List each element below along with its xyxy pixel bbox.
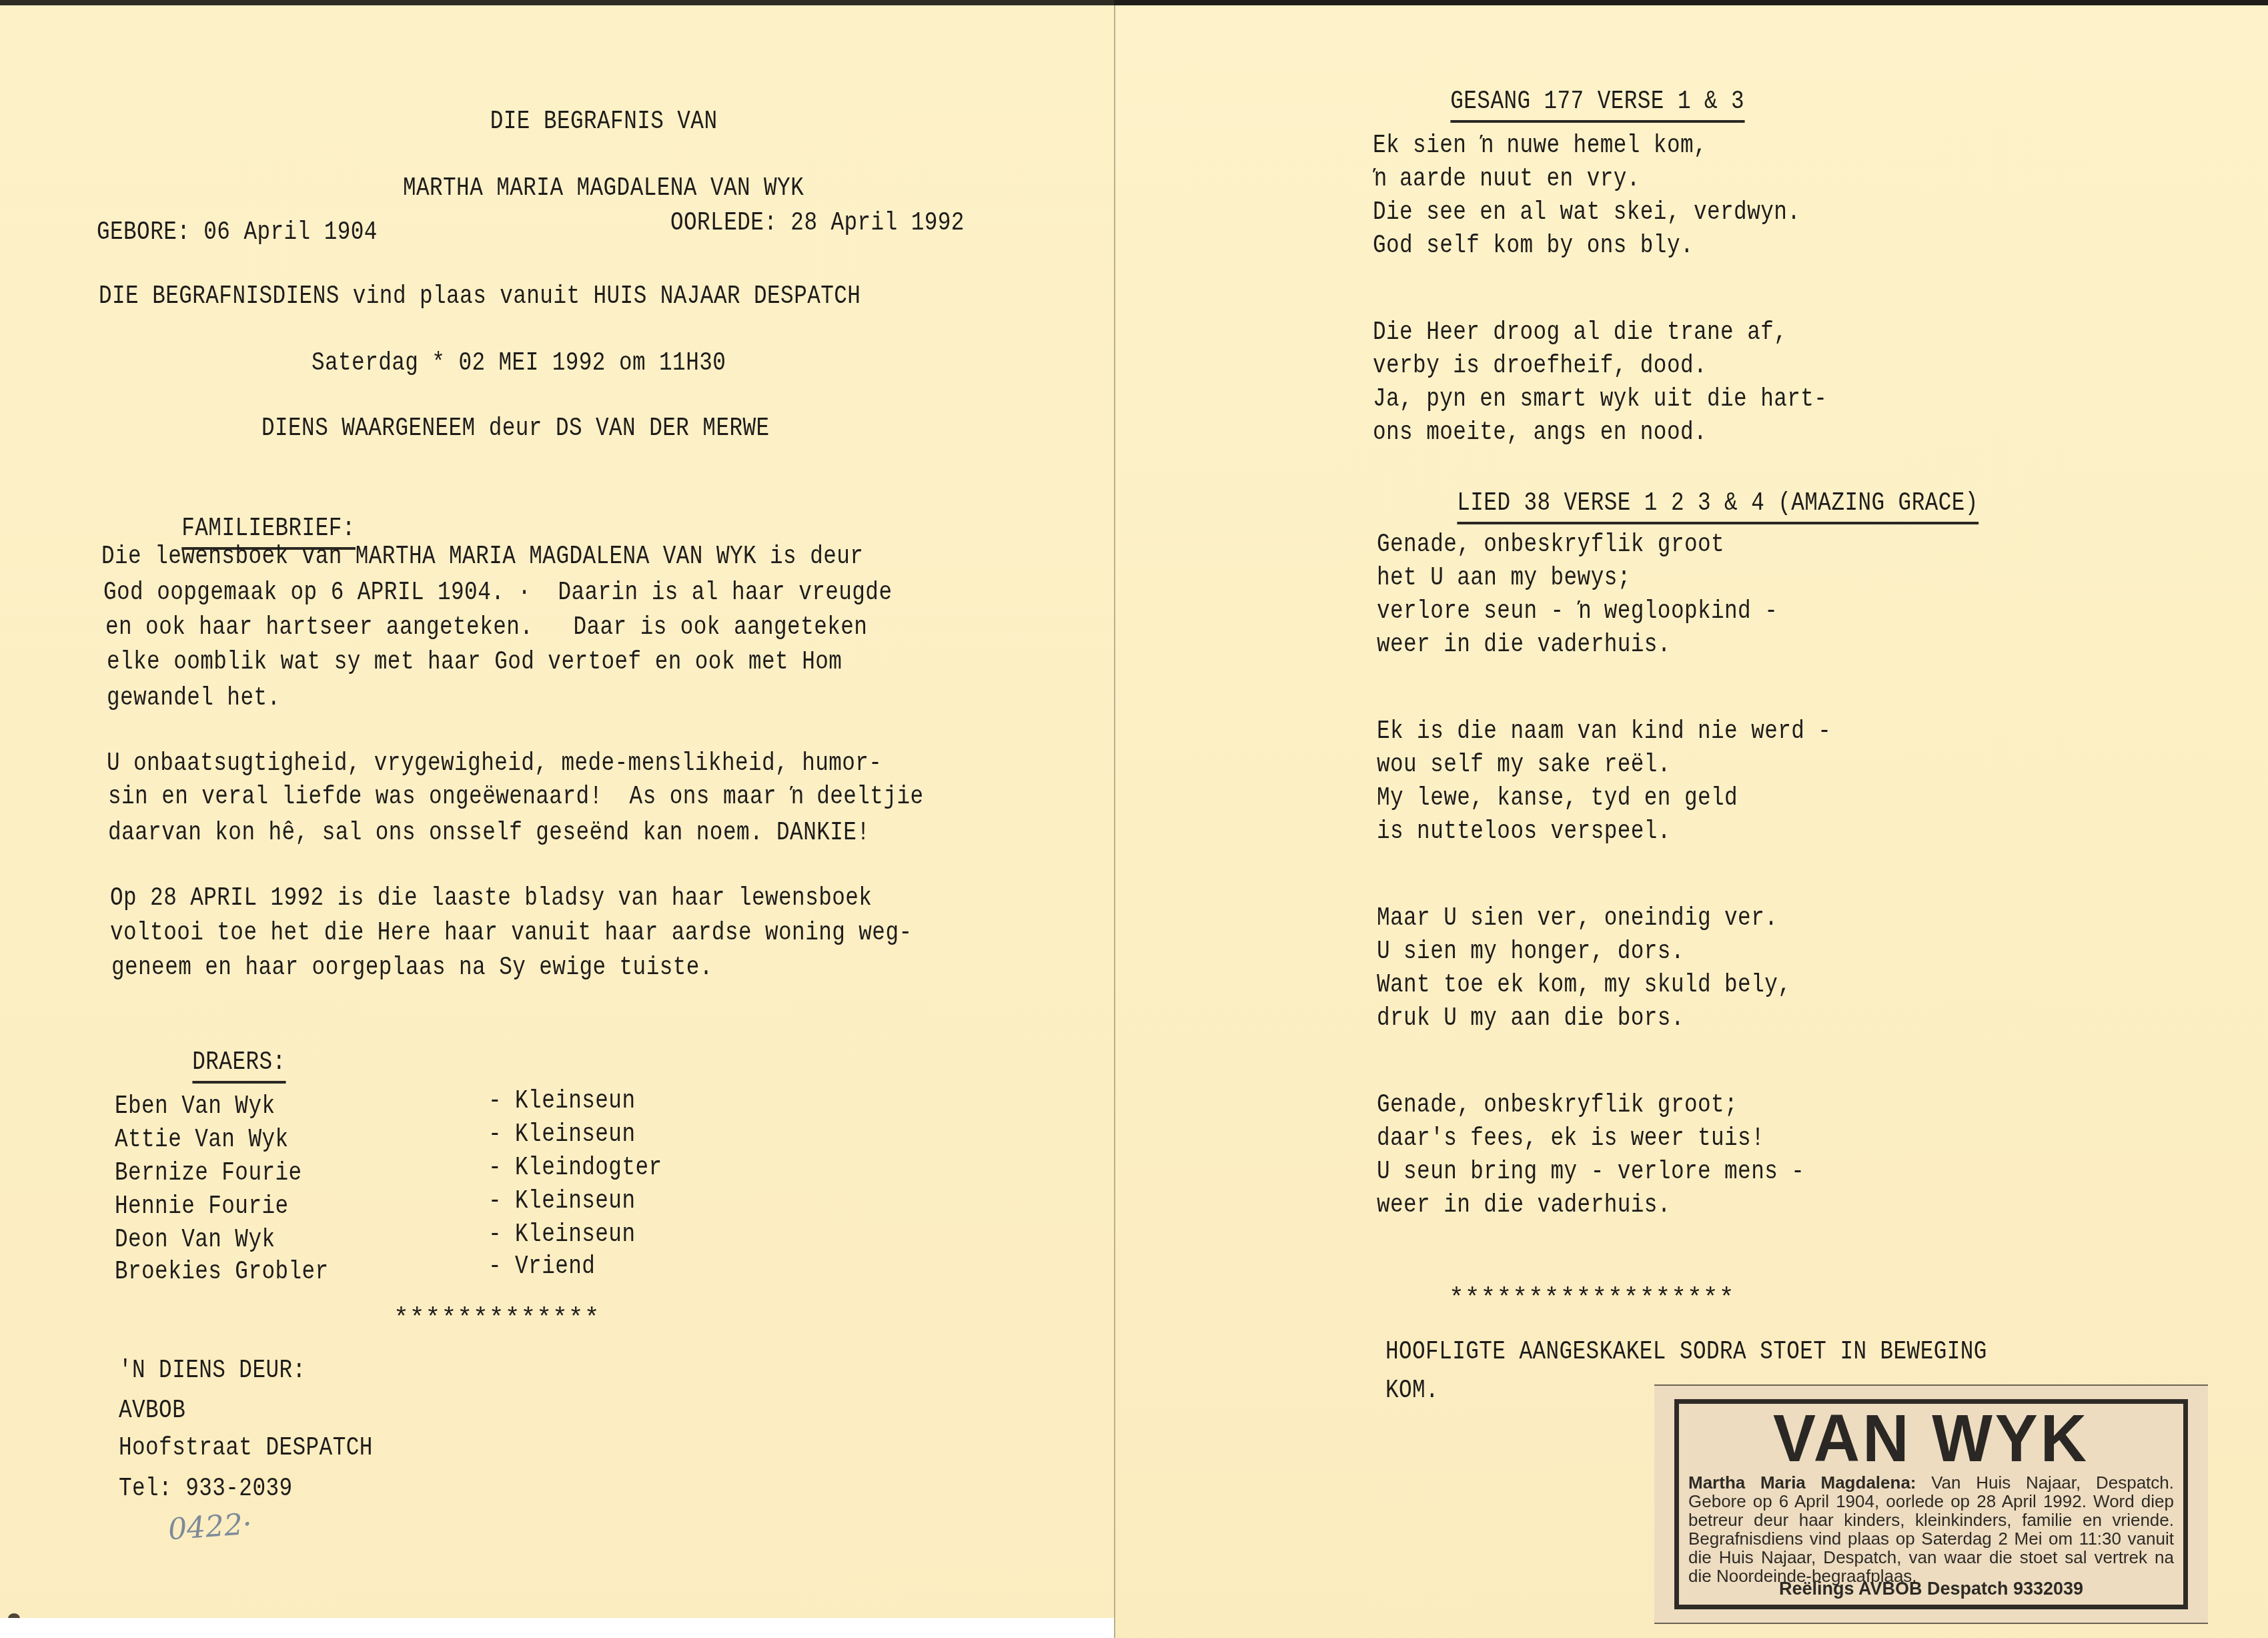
lyric-line: druk U my aan die bors. <box>1377 1006 1684 1032</box>
lyric-line: het U aan my bewys; <box>1377 566 1631 591</box>
paragraph-line: gewandel het. <box>107 686 281 711</box>
pallbearer-relation: - Kleindogter <box>488 1156 662 1181</box>
paragraph-line: Die lewensboek van MARTHA MARIA MAGDALEN… <box>101 544 863 570</box>
funeral-company-address: Hoofstraat DESPATCH <box>119 1436 373 1461</box>
lyric-line: verby is droefheif, dood. <box>1373 354 1707 379</box>
pallbearer-name: Deon Van Wyk <box>115 1228 275 1253</box>
scanned-funeral-program: DIE BEGRAFNIS VAN MARTHA MARIA MAGDALENA… <box>0 0 2268 1638</box>
lyric-line: weer in die vaderhuis. <box>1377 633 1671 658</box>
lyric-line: Ek is die naam van kind nie werd - <box>1377 719 1831 745</box>
pallbearer-relation: - Kleinseun <box>488 1222 635 1248</box>
lyric-line: Ja, pyn en smart wyk uit die hart- <box>1373 387 1827 412</box>
lyric-line: Want toe ek kom, my skuld bely, <box>1377 973 1791 998</box>
scan-bottom-margin <box>0 1618 1114 1638</box>
pallbearer-name: Bernize Fourie <box>115 1161 302 1186</box>
death-notice-name: Martha Maria Magdalena: <box>1688 1473 1916 1493</box>
hymn1-heading: GESANG 177 VERSE 1 & 3 <box>1370 64 1744 140</box>
lyric-line: wou self my sake reël. <box>1377 753 1671 778</box>
lyric-line: Maar U sien ver, oneindig ver. <box>1377 906 1778 931</box>
born-date: GEBORE: 06 April 1904 <box>97 220 378 246</box>
scan-edge-shadow-right <box>1114 0 2268 5</box>
lyric-line: U seun bring my - verlore mens - <box>1377 1160 1804 1185</box>
funeral-heading-text: DIE BEGRAFNIS VAN <box>490 109 718 135</box>
pallbearer-name: Attie Van Wyk <box>115 1128 289 1153</box>
paragraph-line: Op 28 APRIL 1992 is die laaste bladsy va… <box>110 886 872 911</box>
service-date: Saterdag * 02 MEI 1992 om 11H30 <box>312 351 726 376</box>
paragraph-line: U onbaatsugtigheid, vrygewigheid, mede-m… <box>107 751 882 777</box>
pallbearer-relation: - Kleinseun <box>488 1122 635 1148</box>
pallbearer-relation: - Kleinseun <box>488 1189 635 1214</box>
headlights-note-line2: KOM. <box>1385 1378 1439 1404</box>
died-date: OORLEDE: 28 April 1992 <box>670 211 965 236</box>
lyric-line: Ek sien ŉ nuwe hemel kom, <box>1373 133 1707 159</box>
left-page: DIE BEGRAFNIS VAN MARTHA MARIA MAGDALENA… <box>0 5 1114 1618</box>
funeral-company: AVBOB <box>119 1398 185 1424</box>
paragraph-line: God oopgemaak op 6 APRIL 1904. · Daarin … <box>103 580 892 606</box>
lyric-line: Die see en al wat skei, verdwyn. <box>1373 200 1800 226</box>
death-notice-border: VAN WYK Martha Maria Magdalena: Van Huis… <box>1674 1399 2188 1609</box>
newspaper-death-notice: VAN WYK Martha Maria Magdalena: Van Huis… <box>1654 1384 2208 1624</box>
paragraph-line: geneem en haar oorgeplaas na Sy ewige tu… <box>111 955 713 981</box>
pallbearer-relation: - Vriend <box>488 1254 595 1280</box>
handwritten-note: 0422· <box>167 1507 253 1547</box>
lyric-line: My lewe, kanse, tyd en geld <box>1377 786 1738 811</box>
death-notice-footer: Reëlings AVBOB Despatch 9332039 <box>1679 1579 2183 1599</box>
paragraph-line: en ook haar hartseer aangeteken. Daar is… <box>105 615 867 641</box>
funeral-heading: DIE BEGRAFNIS VAN <box>0 84 1114 160</box>
death-notice-title: VAN WYK <box>1679 1405 2183 1473</box>
funeral-company-phone: Tel: 933-2039 <box>119 1477 293 1502</box>
separator-stars: ************* <box>394 1306 600 1332</box>
pallbearers-heading: DRAERS: <box>112 1025 286 1101</box>
lyric-line: Genade, onbeskryflik groot <box>1377 532 1724 558</box>
lyric-line: is nutteloos verspeel. <box>1377 819 1671 845</box>
paragraph-line: sin en veral liefde was ongeëwenaard! As… <box>108 785 924 810</box>
lyric-line: ons moeite, angs en nood. <box>1373 420 1707 446</box>
death-notice-body: Martha Maria Magdalena: Van Huis Najaar,… <box>1688 1473 2174 1585</box>
hymn1-heading-text: GESANG 177 VERSE 1 & 3 <box>1450 87 1744 123</box>
headlights-note-line1: HOOFLIGTE AANGESKAKEL SODRA STOET IN BEW… <box>1385 1340 1987 1365</box>
paragraph-line: voltooi toe het die Here haar vanuit haa… <box>110 921 912 946</box>
lyric-line: God self kom by ons bly. <box>1373 234 1694 259</box>
lyric-line: Genade, onbeskryflik groot; <box>1377 1093 1738 1118</box>
lyric-line: ŉ aarde nuut en vry. <box>1373 167 1640 192</box>
pallbearer-relation: - Kleinseun <box>488 1089 635 1114</box>
pallbearers-heading-text: DRAERS: <box>192 1048 286 1084</box>
service-location: DIE BEGRAFNISDIENS vind plaas vanuit HUI… <box>99 284 861 310</box>
service-by-label: 'N DIENS DEUR: <box>119 1358 306 1384</box>
pallbearer-name: Hennie Fourie <box>115 1194 289 1220</box>
lyric-line: weer in die vaderhuis. <box>1377 1193 1671 1218</box>
separator-stars-right: ****************** <box>1449 1286 1734 1312</box>
lyric-line: daar's fees, ek is weer tuis! <box>1377 1126 1764 1152</box>
hymn2-heading-text: LIED 38 VERSE 1 2 3 & 4 (AMAZING GRACE) <box>1457 489 1978 524</box>
lyric-line: Die Heer droog al die trane af, <box>1373 320 1787 346</box>
lyric-line: U sien my honger, dors. <box>1377 939 1684 965</box>
lyric-line: verlore seun - ŉ wegloopkind - <box>1377 599 1778 625</box>
paragraph-line: daarvan kon hê, sal ons onsself geseënd … <box>108 821 870 846</box>
paragraph-line: elke oomblik wat sy met haar God vertoef… <box>107 650 842 675</box>
pallbearer-name: Broekies Grobler <box>115 1260 329 1285</box>
deceased-name-text: MARTHA MARIA MAGDALENA VAN WYK <box>403 176 804 201</box>
pallbearer-name: Eben Van Wyk <box>115 1094 275 1120</box>
officiant: DIENS WAARGENEEM deur DS VAN DER MERWE <box>261 416 770 442</box>
